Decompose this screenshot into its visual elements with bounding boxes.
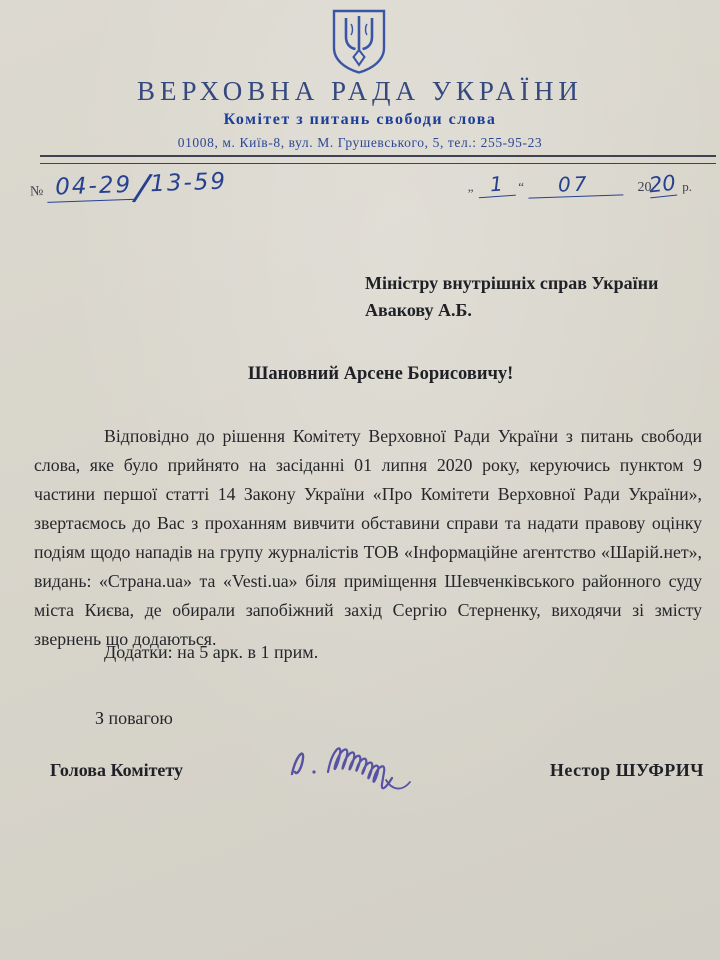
body-paragraph: Відповідно до рішення Комітету Верховної… — [34, 422, 702, 654]
addressee-block: Міністру внутрішніх справ України Аваков… — [365, 270, 658, 324]
date-day: 1 — [477, 171, 515, 199]
ref-number-part1: 04-29 — [47, 172, 137, 203]
date-close-quote: “ — [518, 179, 524, 194]
signer-name: Нестор ШУФРИЧ — [550, 760, 704, 781]
ref-number-part2: 13-59 — [148, 169, 228, 198]
signer-title: Голова Комітету — [50, 760, 183, 781]
date-line: „ 1 “ 07 2020 р. — [468, 172, 692, 197]
committee-name: Комітет з питань свободи слова — [0, 111, 720, 129]
number-sign: № — [30, 184, 44, 199]
handwritten-signature — [270, 722, 470, 807]
date-year-handwritten: 20 — [647, 171, 676, 199]
addressee-line2: Авакову А.Б. — [365, 297, 658, 324]
addressee-line1: Міністру внутрішніх справ України — [365, 270, 658, 297]
date-year-suffix: р. — [682, 179, 692, 194]
ref-number-slash: / — [134, 167, 150, 209]
date-open-quote: „ — [468, 179, 474, 194]
reference-number: № 04-29/13-59 — [29, 165, 227, 213]
ukraine-trident-emblem-icon — [326, 8, 392, 76]
closing-regards: З повагою — [95, 708, 173, 729]
letterhead-address: 01008, м. Київ-8, вул. М. Грушевського, … — [0, 135, 720, 151]
organization-name: ВЕРХОВНА РАДА УКРАЇНИ — [0, 76, 720, 107]
letterhead-divider — [40, 155, 716, 164]
date-month: 07 — [528, 170, 624, 198]
attachments-line: Додатки: на 5 арк. в 1 прим. — [104, 642, 318, 663]
scanned-letter-page: ВЕРХОВНА РАДА УКРАЇНИ Комітет з питань с… — [0, 0, 720, 960]
salutation: Шановний Арсене Борисовичу! — [248, 364, 513, 385]
